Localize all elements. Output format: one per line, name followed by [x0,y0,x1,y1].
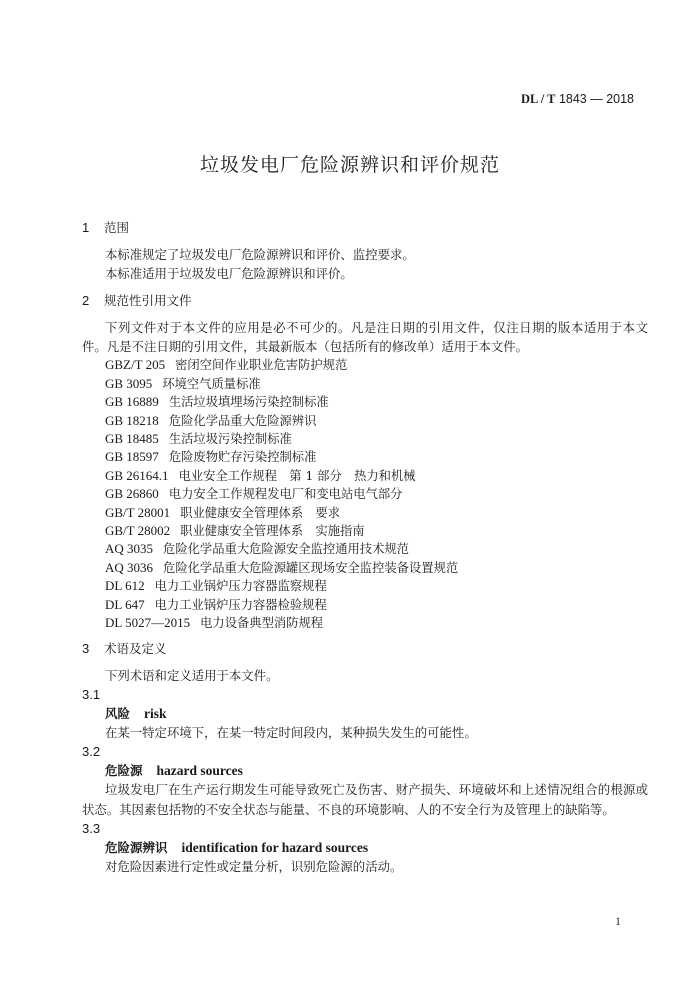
document-page: DL / T 1843 — 2018 垃圾发电厂危险源辨识和评价规范 1范围 本… [0,0,700,989]
reference-item: GB 18218危险化学品重大危险源辨识 [82,412,648,430]
reference-title: 电业安全工作规程 第 1 部分 热力和机械 [179,469,416,483]
reference-item: AQ 3036危险化学品重大危险源罐区现场安全监控装备设置规范 [82,559,648,577]
term-definition: 在某一特定环境下，在某一特定时间段内，某种损失发生的可能性。 [82,723,648,742]
term-en: identification for hazard sources [182,840,369,855]
reference-code: GB 18597 [105,449,159,464]
standard-code: 1843 — 2018 [559,92,634,106]
section-number: 1 [82,219,104,237]
reference-code: GB 26860 [105,486,159,501]
reference-code: GB 18485 [105,431,159,446]
reference-title: 生活垃圾污染控制标准 [169,432,292,446]
term-entry: 3.1 风险risk 在某一特定环境下，在某一特定时间段内，某种损失发生的可能性… [82,685,648,742]
clause-number: 3.2 [82,742,648,761]
reference-code: GB 16889 [105,394,159,409]
reference-code: GBZ/T 205 [105,357,165,372]
standard-number: DL / T 1843 — 2018 [521,92,634,107]
reference-code: GB 3095 [105,376,152,391]
term-en: hazard sources [157,763,243,778]
term-heading: 危险源辨识identification for hazard sources [82,838,648,857]
reference-item: GB 26860电力安全工作规程发电厂和变电站电气部分 [82,485,648,503]
reference-title: 电力设备典型消防规程 [200,616,323,630]
reference-code: DL 647 [105,597,145,612]
reference-title: 环境空气质量标准 [162,377,260,391]
reference-item: GB/T 28001职业健康安全管理体系 要求 [82,504,648,522]
section-heading: 1范围 [82,219,648,237]
section-title: 术语及定义 [104,641,167,656]
reference-item: GB/T 28002职业健康安全管理体系 实施指南 [82,522,648,540]
reference-item: GB 18485生活垃圾污染控制标准 [82,430,648,448]
section-terms-definitions: 3术语及定义 下列术语和定义适用于本文件。 3.1 风险risk 在某一特定环境… [82,640,648,876]
term-entry: 3.2 危险源hazard sources 垃圾发电厂在生产运行期发生可能导致死… [82,742,648,818]
term-definition: 对危险因素进行定性或定量分析，识别危险源的活动。 [82,857,648,876]
reference-title: 危险化学品重大危险源安全监控通用技术规范 [163,542,409,556]
reference-code: GB 18218 [105,413,159,428]
reference-item: GB 18597危险废物贮存污染控制标准 [82,448,648,466]
section-scope: 1范围 本标准规定了垃圾发电厂危险源辨识和评价、监控要求。 本标准适用于垃圾发电… [82,219,648,283]
reference-item: DL 612电力工业锅炉压力容器监察规程 [82,577,648,595]
clause-number: 3.1 [82,685,648,704]
section-heading: 3术语及定义 [82,640,648,658]
reference-item: GB 3095环境空气质量标准 [82,375,648,393]
section-normative-references: 2规范性引用文件 下列文件对于本文件的应用是必不可少的。凡是注日期的引用文件，仅… [82,292,648,633]
reference-title: 电力工业锅炉压力容器监察规程 [155,579,327,593]
reference-item: AQ 3035危险化学品重大危险源安全监控通用技术规范 [82,540,648,558]
standard-prefix: DL / T [521,92,556,106]
reference-item: GB 26164.1电业安全工作规程 第 1 部分 热力和机械 [82,467,648,485]
paragraph: 下列术语和定义适用于本文件。 [82,666,648,685]
reference-code: DL 612 [105,578,145,593]
paragraph: 下列文件对于本文件的应用是必不可少的。凡是注日期的引用文件，仅注日期的版本适用于… [82,318,648,356]
reference-title: 危险化学品重大危险源辨识 [169,414,317,428]
reference-title: 密闭空间作业职业危害防护规范 [175,358,347,372]
reference-title: 职业健康安全管理体系 实施指南 [180,524,364,538]
paragraph: 本标准适用于垃圾发电厂危险源辨识和评价。 [82,264,648,283]
clause-number: 3.3 [82,819,648,838]
term-entry: 3.3 危险源辨识identification for hazard sourc… [82,819,648,876]
term-zh: 风险 [105,706,130,721]
term-en: risk [144,706,167,721]
reference-code: DL 5027—2015 [105,615,190,630]
section-title: 规范性引用文件 [104,293,192,308]
reference-list: GBZ/T 205密闭空间作业职业危害防护规范 GB 3095环境空气质量标准 … [82,356,648,632]
section-heading: 2规范性引用文件 [82,292,648,310]
reference-title: 电力安全工作规程发电厂和变电站电气部分 [169,487,403,501]
document-title: 垃圾发电厂危险源辨识和评价规范 [0,150,700,177]
reference-item: GBZ/T 205密闭空间作业职业危害防护规范 [82,356,648,374]
reference-title: 职业健康安全管理体系 要求 [180,506,340,520]
reference-code: GB 26164.1 [105,468,169,483]
reference-code: AQ 3036 [105,560,153,575]
term-zh: 危险源 [105,763,143,778]
term-zh: 危险源辨识 [105,840,168,855]
reference-item: DL 5027—2015电力设备典型消防规程 [82,614,648,632]
reference-code: AQ 3035 [105,541,153,556]
reference-code: GB/T 28002 [105,523,170,538]
section-number: 2 [82,292,104,310]
section-title: 范围 [104,220,129,235]
reference-title: 生活垃圾填埋场污染控制标准 [169,395,329,409]
page-number: 1 [615,914,621,929]
reference-title: 电力工业锅炉压力容器检验规程 [155,598,327,612]
reference-code: GB/T 28001 [105,505,170,520]
term-heading: 危险源hazard sources [82,761,648,780]
reference-item: DL 647电力工业锅炉压力容器检验规程 [82,596,648,614]
term-definition: 垃圾发电厂在生产运行期发生可能导致死亡及伤害、财产损失、环境破坏和上述情况组合的… [82,780,648,818]
reference-title: 危险废物贮存污染控制标准 [169,450,317,464]
paragraph: 本标准规定了垃圾发电厂危险源辨识和评价、监控要求。 [82,245,648,264]
term-heading: 风险risk [82,704,648,723]
reference-title: 危险化学品重大危险源罐区现场安全监控装备设置规范 [163,561,458,575]
section-number: 3 [82,640,104,658]
reference-item: GB 16889生活垃圾填埋场污染控制标准 [82,393,648,411]
